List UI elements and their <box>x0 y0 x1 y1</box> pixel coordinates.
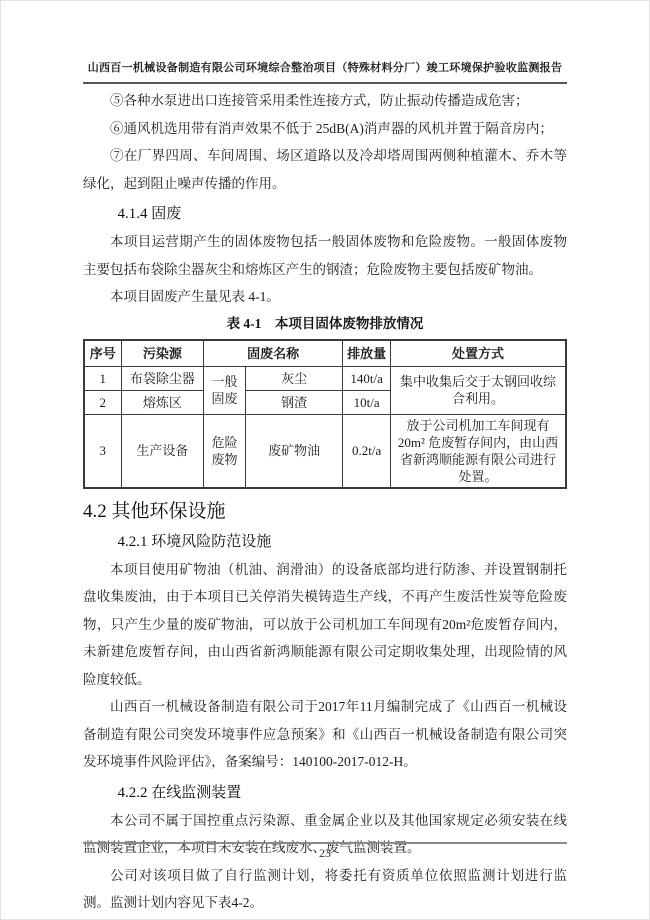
noise-measure-item-7: ⑦在厂界四周、车间周围、场区道路以及冷却塔周围两侧种植灌木、乔木等绿化，起到阻止… <box>83 142 567 197</box>
solid-waste-table: 序号 污染源 固废名称 排放量 处置方式 1 布袋除尘器 一般固废 灰尘 140… <box>83 339 567 489</box>
cell-row3-disposal: 放于公司机加工车间现有 20m² 危废暂存间内，由山西省新鸿顺能源有限公司进行处… <box>391 414 566 488</box>
cell-row3-source: 生产设备 <box>121 414 203 488</box>
section-4-2-1-paragraph-2: 山西百一机械设备制造有限公司于2017年11月编制完成了《山西百一机械设备制造有… <box>83 693 567 776</box>
column-header-source: 污染源 <box>121 340 203 367</box>
cell-row2-source: 熔炼区 <box>121 390 203 414</box>
document-page: 山西百一机械设备制造有限公司环境综合整治项目（特殊材料分厂）竣工环境保护验收监测… <box>0 0 650 920</box>
section-4-1-4-paragraph-1: 本项目运营期产生的固体废物包括一般固体废物和危险废物。一般固体废物主要包括布袋除… <box>83 228 567 283</box>
section-4-2-1-paragraph-1: 本项目使用矿物油（机油、润滑油）的设备底部均进行防渗、并设置钢制托盘收集废油，由… <box>83 556 567 694</box>
cell-row3-name: 废矿物油 <box>245 414 342 488</box>
column-header-disposal: 处置方式 <box>391 340 566 367</box>
page-content: 山西百一机械设备制造有限公司环境综合整治项目（特殊材料分厂）竣工环境保护验收监测… <box>83 1 567 917</box>
cell-row1-disposal: 集中收集后交于太钢回收综合利用。 <box>391 366 566 414</box>
cell-row1-index: 1 <box>84 366 121 390</box>
cell-general-waste-category: 一般固废 <box>204 366 246 414</box>
column-header-index: 序号 <box>84 340 121 367</box>
noise-measure-item-6: ⑥通风机选用带有消声效果不低于 25dB(A)消声器的风机并置于隔音房内； <box>83 115 567 143</box>
column-header-amount: 排放量 <box>343 340 391 367</box>
table-4-1-title: 表 4-1 本项目固体废物排放情况 <box>83 314 567 334</box>
noise-measure-item-5: ⑤各种水泵进出口连接管采用柔性连接方式，防止振动传播造成危害； <box>83 87 567 115</box>
cell-hazardous-waste-category: 危险废物 <box>204 414 246 488</box>
section-heading-4-2-2: 4.2.2 在线监测装置 <box>83 782 567 804</box>
cell-row1-source: 布袋除尘器 <box>121 366 203 390</box>
section-4-2-2-paragraph-2: 公司对该项目做了自行监测计划，将委托有资质单位依照监测计划进行监测。监测计划内容… <box>83 862 567 917</box>
cell-row3-amount: 0.2t/a <box>343 414 391 488</box>
cell-row2-amount: 10t/a <box>343 390 391 414</box>
body-block: ⑤各种水泵进出口连接管采用柔性连接方式，防止振动传播造成危害； ⑥通风机选用带有… <box>83 84 567 917</box>
section-heading-4-2-1: 4.2.1 环境风险防范设施 <box>83 531 567 553</box>
table-row: 1 布袋除尘器 一般固废 灰尘 140t/a 集中收集后交于太钢回收综合利用。 <box>84 366 566 390</box>
section-heading-4-1-4: 4.1.4 固废 <box>83 203 567 225</box>
cell-row1-amount: 140t/a <box>343 366 391 390</box>
running-header-title: 山西百一机械设备制造有限公司环境综合整治项目（特殊材料分厂）竣工环境保护验收监测… <box>83 1 567 84</box>
cell-row2-name: 钢渣 <box>245 390 342 414</box>
cell-row3-index: 3 <box>84 414 121 488</box>
table-row: 3 生产设备 危险废物 废矿物油 0.2t/a 放于公司机加工车间现有 20m²… <box>84 414 566 488</box>
cell-row2-index: 2 <box>84 390 121 414</box>
section-heading-4-2: 4.2 其他环保设施 <box>83 499 567 525</box>
section-4-1-4-paragraph-2: 本项目固废产生量见表 4-1。 <box>83 283 567 311</box>
column-header-waste-name: 固废名称 <box>204 340 343 367</box>
cell-row1-name: 灰尘 <box>245 366 342 390</box>
page-footer: 23 <box>83 842 567 862</box>
table-header-row: 序号 污染源 固废名称 排放量 处置方式 <box>84 340 566 367</box>
page-number: 23 <box>319 846 331 861</box>
